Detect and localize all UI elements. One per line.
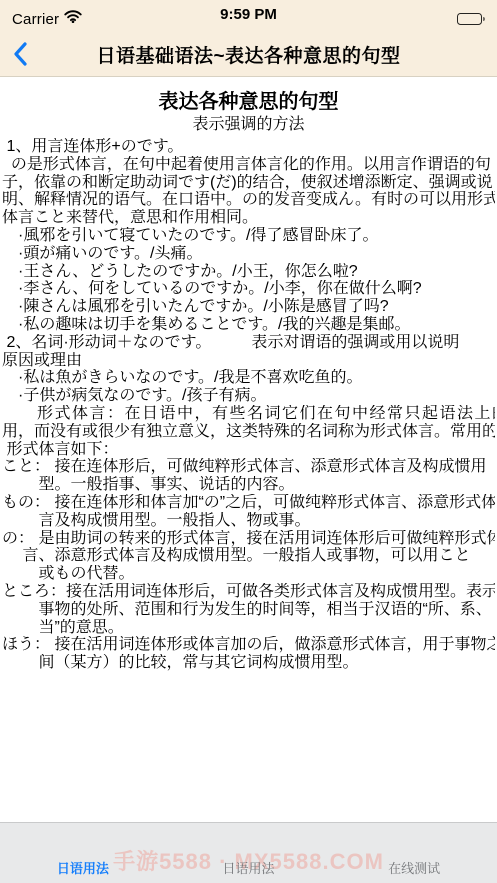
- text-line: 型。一般指事、事实、说话的内容。: [2, 476, 495, 494]
- back-button[interactable]: [13, 42, 29, 66]
- app-screen: Carrier 9:59 PM: [0, 0, 497, 883]
- text-line: 原因或理由: [2, 352, 495, 370]
- text-line: ·私の趣味は切手を集めることです。/我的兴趣是集邮。: [2, 316, 495, 334]
- text-line: 体言こと来替代，意思和作用相同。: [2, 209, 495, 227]
- clock: 9:59 PM: [0, 6, 497, 23]
- text-line: 子，依靠の和断定助动词です(だ)的结合，使叙述增添断定、强调或说: [2, 174, 495, 192]
- article-title: 表达各种意思的句型: [2, 90, 495, 114]
- tab-2-inactive[interactable]: 日语用法: [166, 823, 332, 883]
- status-right: [457, 13, 485, 26]
- text-line: こと： 接在连体形后，可做纯粹形式体言、添意形式体言及构成惯用: [2, 458, 495, 476]
- text-line: 间（某方）的比较，常与其它词构成惯用型。: [2, 654, 495, 672]
- text-line: 形式体言：在日语中，有些名词它们在句中经常只起语法上的作: [2, 405, 495, 423]
- text-line: ところ：接在活用词连体形后，可做各类形式体言及构成惯用型。表示: [2, 583, 495, 601]
- text-line: 言、添意形式体言及构成惯用型。一般指人或事物，可以用こと: [2, 547, 495, 565]
- text-line: ·陳さんは風邪を引いたんですか。/小陈是感冒了吗?: [2, 298, 495, 316]
- text-line: 事物的处所、范围和行为发生的时间等，相当于汉语的“所、系、: [2, 601, 495, 619]
- text-line: の： 是由助词の转来的形式体言，接在活用词连体形后可做纯粹形式体: [2, 530, 495, 548]
- text-line: ·私は魚がきらいなのです。/我是不喜欢吃鱼的。: [2, 369, 495, 387]
- article-body: 1、用言连体形+のです。 の是形式体言，在句中起着使用言体言化的作用。以用言作谓…: [2, 138, 495, 672]
- text-line: 形式体言如下：: [2, 441, 495, 459]
- tab-3-inactive[interactable]: 在线测试: [331, 823, 497, 883]
- battery-icon: [457, 13, 482, 26]
- text-line: 1、用言连体形+のです。: [2, 138, 495, 156]
- tab-label: 日语用法: [57, 858, 109, 877]
- text-line: ほう： 接在活用词连体形或体言加の后，做添意形式体言，用于事物之: [2, 636, 495, 654]
- text-line: ·頭が痛いのです。/头痛。: [2, 245, 495, 263]
- navigation-bar: 日语基础语法~表达各种意思的句型: [0, 32, 497, 76]
- text-line: ·李さん、何をしているのですか。/小李，你在做什么啊?: [2, 280, 495, 298]
- top-chrome: Carrier 9:59 PM: [0, 0, 497, 77]
- article-subtitle: 表示强调的方法: [2, 116, 495, 134]
- text-line: ·王さん、どうしたのですか。/小王，你怎么啦?: [2, 263, 495, 281]
- tab-label: 在线测试: [388, 858, 440, 877]
- text-line: の是形式体言，在句中起着使用言体言化的作用。以用言作谓语的句: [2, 156, 495, 174]
- tab-bar-items: 日语用法日语用法在线测试: [0, 823, 497, 883]
- text-line: 2、名词·形动词＋なのです。 表示对谓语的强调或用以说明: [2, 334, 495, 352]
- tab-1-active[interactable]: 日语用法: [0, 823, 166, 883]
- chevron-left-icon: [13, 42, 27, 66]
- text-line: もの： 接在连体形和体言加“の”之后，可做纯粹形式体言、添意形式体: [2, 494, 495, 512]
- text-line: 用，而没有或很少有独立意义，这类特殊的名词称为形式体言。常用的: [2, 423, 495, 441]
- document-view[interactable]: 表达各种意思的句型 表示强调的方法 1、用言连体形+のです。 の是形式体言，在句…: [0, 77, 497, 822]
- tab-bar: 手游5588 · MX5588.COM 日语用法日语用法在线测试: [0, 822, 497, 883]
- text-line: ·子供が病気なのです。/孩子有病。: [2, 387, 495, 405]
- text-line: ·風邪を引いて寝ていたのです。/得了感冒卧床了。: [2, 227, 495, 245]
- tab-label: 日语用法: [223, 858, 275, 877]
- text-line: 言及构成惯用型。一般指人、物或事。: [2, 512, 495, 530]
- text-line: 当”的意思。: [2, 619, 495, 637]
- page-title: 日语基础语法~表达各种意思的句型: [0, 41, 497, 68]
- text-line: 明、解释情况的语气。在口语中。の的发音变成ん。有时の可以用形式: [2, 191, 495, 209]
- text-line: 或もの代替。: [2, 565, 495, 583]
- status-bar: Carrier 9:59 PM: [0, 0, 497, 32]
